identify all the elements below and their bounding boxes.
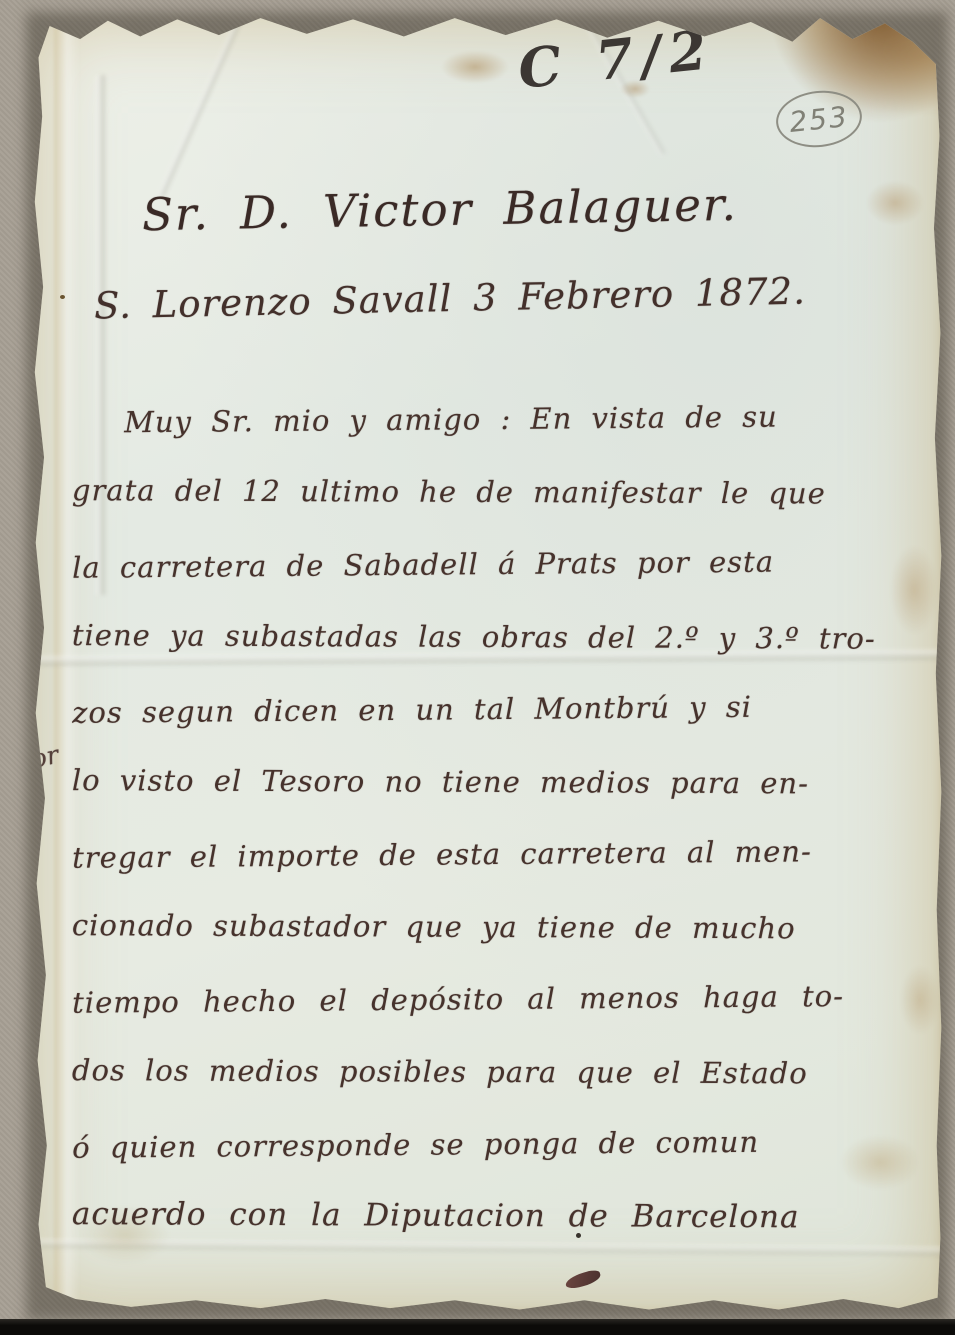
- recipient-line: Sr. D. Victor Balaguer.: [142, 178, 739, 241]
- body-line: tiempo hecho el depósito al menos haga t…: [72, 939, 936, 1019]
- body-line: dos los medios posibles para que el Esta…: [72, 1014, 935, 1090]
- body-line: ó quien corresponde se ponga de comun: [72, 1084, 936, 1164]
- body-line: la carretera de Sabadell á Prats por est…: [72, 504, 936, 584]
- body-line: cionado subastador que ya tiene de mucho: [72, 869, 935, 945]
- diagonal-crease-left: [158, 3, 250, 198]
- letter-page: C 7/2 253 Sr. D. Victor Balaguer. S. Lor…: [20, 5, 945, 1316]
- body-line: tiene ya subastadas las obras del 2.º y …: [72, 579, 935, 655]
- body-line: zos segun dicen en un tal Montbrú y si: [72, 649, 936, 729]
- body-line: Muy Sr. mio y amigo : En vista de su: [72, 359, 936, 439]
- folio-number: 253: [788, 99, 851, 138]
- edge-speck: [60, 295, 65, 299]
- body-line: lo visto el Tesoro no tiene medios para …: [72, 724, 935, 800]
- dateline: S. Lorenzo Savall 3 Febrero 1872.: [94, 270, 807, 328]
- folio-number-stamp: 253: [773, 87, 864, 152]
- ink-blot: [564, 1268, 602, 1290]
- scan-black-edge: [0, 1319, 955, 1335]
- letter-body: Muy Sr. mio y amigo : En vista de su gra…: [72, 363, 935, 1233]
- scanned-letter-view: { "document": { "kind": "handwritten-let…: [0, 0, 955, 1335]
- body-line: grata del 12 ultimo he de manifestar le …: [72, 434, 935, 510]
- horizontal-crease-bottom: [20, 1239, 945, 1256]
- body-line: tregar el importe de esta carretera al m…: [72, 794, 936, 874]
- body-line: acuerdo con la Diputacion de Barcelona: [72, 1159, 935, 1235]
- stain: [865, 180, 925, 226]
- stain: [440, 50, 510, 84]
